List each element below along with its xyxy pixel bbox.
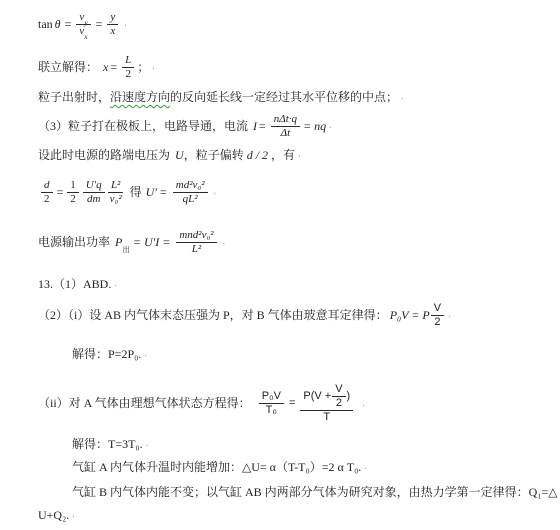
document-page: tan θ = vy vx = y x . 联立解得： x = L 2 ； . … bbox=[0, 0, 560, 530]
paragraph-solve-pressure: 解得：P=2P₀. . bbox=[72, 347, 147, 362]
paragraph-cylinder-b-firstlaw: 气缸 B 内气体内能不变；以气缸 AB 内两部分气体为研究对象，由热力学第一定律… bbox=[72, 485, 558, 500]
equals-sign: = bbox=[160, 185, 167, 200]
fraction-denominator: 2 bbox=[67, 193, 79, 206]
fraction-denominator: v₀² bbox=[107, 193, 125, 206]
fraction-denominator: x bbox=[107, 25, 118, 38]
nested-fraction-V-2: V 2 bbox=[332, 383, 345, 410]
fraction-denominator: qL² bbox=[180, 193, 201, 206]
numerator-prefix: P(V + bbox=[303, 390, 331, 403]
text-segment: 粒子出射时， bbox=[38, 90, 110, 105]
fraction-L-2: L 2 bbox=[122, 54, 134, 81]
fraction-mnd2v02-L2: mnd²v₀² L² bbox=[176, 229, 216, 256]
fraction-1-2: 1 2 bbox=[67, 179, 79, 206]
text-segment: （3）粒子打在极板上，电路导通，电流 bbox=[38, 119, 248, 134]
fraction-denominator: dm bbox=[84, 193, 103, 206]
fraction-P0V-T0: P₀V T₀ bbox=[259, 390, 284, 417]
fraction-numerator: md²v₀² bbox=[173, 179, 208, 193]
math-d-over-2: d / 2 bbox=[247, 148, 268, 163]
fraction-numerator: 1 bbox=[67, 179, 79, 193]
fraction-numerator: d bbox=[41, 179, 53, 193]
fraction-Uq-dm: U′q dm bbox=[83, 179, 105, 206]
math-var-U: U bbox=[175, 148, 184, 163]
fraction-denominator: 2 bbox=[122, 68, 134, 81]
equals-sign: = bbox=[259, 119, 266, 134]
fraction-md2v02-qL2: md²v₀² qL² bbox=[173, 179, 208, 206]
math-var-I: I bbox=[253, 119, 257, 134]
math-var-Uprime: U′ bbox=[146, 185, 157, 200]
fraction-PV-T: P(V + V 2 ) T bbox=[300, 383, 353, 425]
paragraph-mark: . bbox=[401, 91, 404, 104]
text-segment: 的反向延长线一定经过其水平位移的中点； bbox=[170, 90, 398, 105]
paragraph-ideal-gas-equation: （ii）对 A 气体由理想气体状态方程得： P₀V T₀ = P(V + V 2… bbox=[38, 383, 365, 425]
text-segment: 气缸 A 内气体升温时内能增加：△U= α（T-T₀）=2 α T₀. bbox=[72, 460, 361, 475]
equals-sign: = bbox=[110, 60, 117, 75]
paragraph-q13-answer: 13.（1）ABD. . bbox=[38, 277, 117, 292]
numerator-suffix: ) bbox=[347, 390, 351, 403]
fraction-denominator: T bbox=[320, 411, 333, 424]
math-var-theta: θ bbox=[55, 17, 61, 32]
label-solve: 联立解得： bbox=[38, 60, 98, 75]
paragraph-mark: . bbox=[223, 236, 226, 249]
paragraph-mark: . bbox=[329, 120, 332, 133]
fraction-denominator: 2 bbox=[41, 193, 53, 206]
text-segment: 设此时电源的路端电压为 bbox=[38, 148, 170, 163]
paragraph-mark: . bbox=[364, 461, 367, 474]
fraction-numerator: V bbox=[431, 302, 444, 316]
equals-sign: = bbox=[289, 397, 295, 411]
fraction-denominator: L² bbox=[189, 243, 204, 256]
text-segment: （2）（i）设 AB 内气体末态压强为 P，对 B 气体由玻意耳定律得： bbox=[38, 308, 388, 323]
fraction-V-2: V 2 bbox=[431, 302, 444, 329]
fraction-numerator: V bbox=[332, 383, 345, 397]
paragraph-mark: . bbox=[152, 61, 155, 74]
paragraph-firstlaw-continuation: U+Q₂. . bbox=[38, 508, 75, 523]
paragraph-tan-theta-equation: tan θ = vy vx = y x . bbox=[38, 11, 127, 38]
paragraph-mark: . bbox=[298, 149, 301, 162]
text-segment: （ii）对 A 气体由理想气体状态方程得： bbox=[38, 396, 251, 411]
math-function-tan: tan bbox=[38, 17, 53, 32]
paragraph-mark: . bbox=[144, 348, 147, 361]
paragraph-terminal-voltage: 设此时电源的路端电压为 U ，粒子偏转 d / 2 ，有 . bbox=[38, 148, 301, 163]
paragraph-mark: . bbox=[146, 438, 149, 451]
paragraph-mark: . bbox=[124, 18, 127, 31]
paragraph-mark: . bbox=[448, 309, 451, 322]
paragraph-boyle-law: （2）（i）设 AB 内气体末态压强为 P，对 B 气体由玻意耳定律得： P₀V… bbox=[38, 302, 451, 329]
fraction-numerator: mnd²v₀² bbox=[176, 229, 216, 243]
answer-text: 13.（1）ABD. bbox=[38, 277, 111, 292]
fraction-numerator: U′q bbox=[83, 179, 105, 193]
fraction-denominator: 2 bbox=[431, 316, 443, 329]
solution-text: 解得：T=3T₀. bbox=[72, 437, 143, 452]
paragraph-mark: . bbox=[72, 509, 75, 522]
math-var-P: P出 bbox=[115, 235, 130, 250]
fraction-vy-vx: vy vx bbox=[76, 11, 90, 38]
semicolon: ； bbox=[137, 60, 149, 75]
text-segment: ，粒子偏转 bbox=[184, 148, 244, 163]
text-segment: U+Q₂. bbox=[38, 508, 69, 523]
fraction-L2-v02: L² v₀² bbox=[107, 179, 125, 206]
fraction-y-x: y x bbox=[107, 11, 118, 38]
paragraph-mark: . bbox=[362, 398, 365, 411]
text-segment: 气缸 B 内气体内能不变；以气缸 AB 内两部分气体为研究对象，由热力学第一定律… bbox=[72, 485, 558, 500]
math-var-x: x bbox=[103, 60, 108, 75]
equals-sign: = bbox=[65, 17, 72, 32]
paragraph-item3-current: （3）粒子打在极板上，电路导通，电流 I = nΔt·q Δt = nq . bbox=[38, 113, 332, 140]
equation-rhs: = nq bbox=[303, 119, 326, 134]
paragraph-deflection-equation: d 2 = 1 2 U′q dm L² v₀² 得 U′ = md²v₀² qL… bbox=[38, 179, 216, 206]
fraction-denominator: 2 bbox=[333, 397, 345, 410]
fraction-numerator: vy bbox=[76, 11, 90, 25]
label-output-power: 电源输出功率 bbox=[38, 235, 110, 250]
fraction-ndtq-dt: nΔt·q Δt bbox=[271, 113, 300, 140]
paragraph-solve-temperature: 解得：T=3T₀. . bbox=[72, 437, 148, 452]
text-segment: ，有 bbox=[271, 148, 295, 163]
equation-mid: = U′I = bbox=[133, 235, 170, 250]
paragraph-particle-exit: 粒子出射时， 沿速度方向 的反向延长线一定经过其水平位移的中点； . bbox=[38, 90, 404, 105]
fraction-numerator: P(V + V 2 ) bbox=[300, 383, 353, 411]
equation-lhs: P₀V = P bbox=[390, 308, 430, 323]
fraction-numerator: y bbox=[107, 11, 118, 25]
fraction-denominator: T₀ bbox=[263, 404, 280, 417]
paragraph-output-power: 电源输出功率 P出 = U′I = mnd²v₀² L² . bbox=[38, 229, 225, 256]
text-obtain: 得 bbox=[130, 185, 142, 200]
fraction-numerator: P₀V bbox=[259, 390, 284, 404]
fraction-d-2: d 2 bbox=[41, 179, 53, 206]
equals-sign: = bbox=[57, 185, 64, 200]
equals-sign: = bbox=[96, 17, 103, 32]
fraction-numerator: nΔt·q bbox=[271, 113, 300, 127]
grammar-underline-phrase: 沿速度方向 bbox=[110, 90, 170, 105]
paragraph-cylinder-a-energy: 气缸 A 内气体升温时内能增加：△U= α（T-T₀）=2 α T₀. . bbox=[72, 460, 367, 475]
paragraph-mark: . bbox=[114, 278, 117, 291]
solution-text: 解得：P=2P₀. bbox=[72, 347, 141, 362]
paragraph-solve-x: 联立解得： x = L 2 ； . bbox=[38, 54, 155, 81]
fraction-denominator: Δt bbox=[278, 127, 294, 140]
fraction-denominator: vx bbox=[76, 25, 90, 38]
fraction-numerator: L² bbox=[108, 179, 123, 193]
fraction-numerator: L bbox=[122, 54, 134, 68]
paragraph-mark: . bbox=[214, 186, 217, 199]
